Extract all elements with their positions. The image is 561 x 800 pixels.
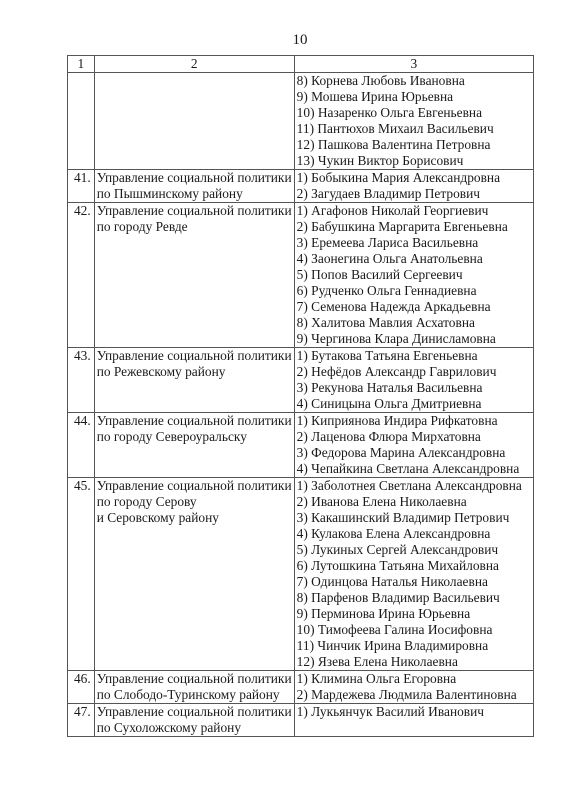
member-name: 11) Пантюхов Михаил Васильевич <box>297 121 531 137</box>
department-cell <box>94 73 294 170</box>
table-header-row: 1 2 3 <box>68 56 534 73</box>
department-name-line: Управление социальной политики <box>97 348 292 364</box>
member-name: 1) Киприянова Индира Рифкатовна <box>297 413 531 429</box>
row-number <box>68 73 95 170</box>
members-cell: 1) Климина Ольга Егоровна2) Мардежева Лю… <box>294 671 533 704</box>
department-name-line: по Пышминскому району <box>97 186 292 202</box>
department-name-line: по городу Ревде <box>97 219 292 235</box>
member-name: 1) Бутакова Татьяна Евгеньевна <box>297 348 531 364</box>
department-name-line: по городу Североуральску <box>97 429 292 445</box>
member-name: 1) Заболотнея Светлана Александровна <box>297 478 531 494</box>
members-cell: 1) Бутакова Татьяна Евгеньевна2) Нефёдов… <box>294 348 533 413</box>
table-row: 41.Управление социальной политикипо Пышм… <box>68 170 534 203</box>
members-cell: 1) Агафонов Николай Георгиевич2) Бабушки… <box>294 203 533 348</box>
member-name: 5) Попов Василий Сергеевич <box>297 267 531 283</box>
member-name: 9) Мошева Ирина Юрьевна <box>297 89 531 105</box>
table-body: 8) Корнева Любовь Ивановна9) Мошева Ирин… <box>68 73 534 737</box>
member-name: 4) Синицына Ольга Дмитриевна <box>297 396 531 412</box>
table-row: 46.Управление социальной политикипо Слоб… <box>68 671 534 704</box>
column-header-number: 1 <box>68 56 95 73</box>
member-name: 6) Лутошкина Татьяна Михайловна <box>297 558 531 574</box>
member-name: 7) Одинцова Наталья Николаевна <box>297 574 531 590</box>
table-row: 43.Управление социальной политикипо Реже… <box>68 348 534 413</box>
department-name-line: по Слободо-Туринскому району <box>97 687 292 703</box>
member-name: 3) Еремеева Лариса Васильевна <box>297 235 531 251</box>
member-name: 2) Бабушкина Маргарита Евгеньевна <box>297 219 531 235</box>
table-row: 8) Корнева Любовь Ивановна9) Мошева Ирин… <box>68 73 534 170</box>
member-name: 12) Язева Елена Николаевна <box>297 654 531 670</box>
member-name: 4) Чепайкина Светлана Александровна <box>297 461 531 477</box>
member-name: 6) Рудченко Ольга Геннадиевна <box>297 283 531 299</box>
column-header-members: 3 <box>294 56 533 73</box>
member-name: 2) Загудаев Владимир Петрович <box>297 186 531 202</box>
department-cell: Управление социальной политикипо городу … <box>94 413 294 478</box>
member-name: 3) Рекунова Наталья Васильевна <box>297 380 531 396</box>
member-name: 10) Назаренко Ольга Евгеньевна <box>297 105 531 121</box>
department-cell: Управление социальной политикипо Слободо… <box>94 671 294 704</box>
member-name: 13) Чукин Виктор Борисович <box>297 153 531 169</box>
member-name: 9) Чергинова Клара Динисламовна <box>297 331 531 347</box>
row-number: 42. <box>68 203 95 348</box>
row-number: 43. <box>68 348 95 413</box>
department-name-line: по городу Серову <box>97 494 292 510</box>
row-number: 47. <box>68 704 95 737</box>
page-number: 10 <box>0 32 561 49</box>
department-cell: Управление социальной политикипо Сухолож… <box>94 704 294 737</box>
table-row: 42.Управление социальной политикипо горо… <box>68 203 534 348</box>
member-name: 8) Халитова Мавлия Асхатовна <box>297 315 531 331</box>
department-name-line: по Сухоложскому району <box>97 720 292 736</box>
department-name-line: и Серовскому району <box>97 510 292 526</box>
members-cell: 1) Бобыкина Мария Александровна2) Загуда… <box>294 170 533 203</box>
member-name: 2) Мардежева Людмила Валентиновна <box>297 687 531 703</box>
member-name: 2) Нефёдов Александр Гаврилович <box>297 364 531 380</box>
table-row: 45.Управление социальной политикипо горо… <box>68 478 534 671</box>
department-name-line: Управление социальной политики <box>97 170 292 186</box>
department-name-line: Управление социальной политики <box>97 203 292 219</box>
members-cell: 8) Корнева Любовь Ивановна9) Мошева Ирин… <box>294 73 533 170</box>
department-name-line: Управление социальной политики <box>97 671 292 687</box>
member-name: 9) Перминова Ирина Юрьевна <box>297 606 531 622</box>
member-name: 3) Федорова Марина Александровна <box>297 445 531 461</box>
member-name: 1) Лукьянчук Василий Иванович <box>297 704 531 720</box>
department-name-line: по Режевскому району <box>97 364 292 380</box>
department-cell: Управление социальной политикипо Режевск… <box>94 348 294 413</box>
member-name: 5) Лукиных Сергей Александрович <box>297 542 531 558</box>
member-name: 11) Чинчик Ирина Владимировна <box>297 638 531 654</box>
department-cell: Управление социальной политикипо городу … <box>94 203 294 348</box>
members-cell: 1) Заболотнея Светлана Александровна2) И… <box>294 478 533 671</box>
members-cell: 1) Лукьянчук Василий Иванович <box>294 704 533 737</box>
department-name-line: Управление социальной политики <box>97 704 292 720</box>
member-name: 1) Бобыкина Мария Александровна <box>297 170 531 186</box>
member-name: 2) Иванова Елена Николаевна <box>297 494 531 510</box>
members-table: 1 2 3 8) Корнева Любовь Ивановна9) Мошев… <box>67 55 534 737</box>
member-name: 1) Климина Ольга Егоровна <box>297 671 531 687</box>
department-name-line: Управление социальной политики <box>97 413 292 429</box>
row-number: 41. <box>68 170 95 203</box>
department-cell: Управление социальной политикипо городу … <box>94 478 294 671</box>
table-row: 44.Управление социальной политикипо горо… <box>68 413 534 478</box>
member-name: 4) Заонегина Ольга Анатольевна <box>297 251 531 267</box>
row-number: 46. <box>68 671 95 704</box>
member-name: 3) Какашинский Владимир Петрович <box>297 510 531 526</box>
member-name: 4) Кулакова Елена Александровна <box>297 526 531 542</box>
member-name: 8) Корнева Любовь Ивановна <box>297 73 531 89</box>
member-name: 8) Парфенов Владимир Васильевич <box>297 590 531 606</box>
member-name: 10) Тимофеева Галина Иосифовна <box>297 622 531 638</box>
member-name: 1) Агафонов Николай Георгиевич <box>297 203 531 219</box>
members-cell: 1) Киприянова Индира Рифкатовна2) Лацено… <box>294 413 533 478</box>
member-name: 12) Пашкова Валентина Петровна <box>297 137 531 153</box>
column-header-department: 2 <box>94 56 294 73</box>
row-number: 44. <box>68 413 95 478</box>
member-name: 2) Лаценова Флюра Мирхатовна <box>297 429 531 445</box>
table-row: 47.Управление социальной политикипо Сухо… <box>68 704 534 737</box>
member-name: 7) Семенова Надежда Аркадьевна <box>297 299 531 315</box>
row-number: 45. <box>68 478 95 671</box>
department-cell: Управление социальной политикипо Пышминс… <box>94 170 294 203</box>
department-name-line: Управление социальной политики <box>97 478 292 494</box>
